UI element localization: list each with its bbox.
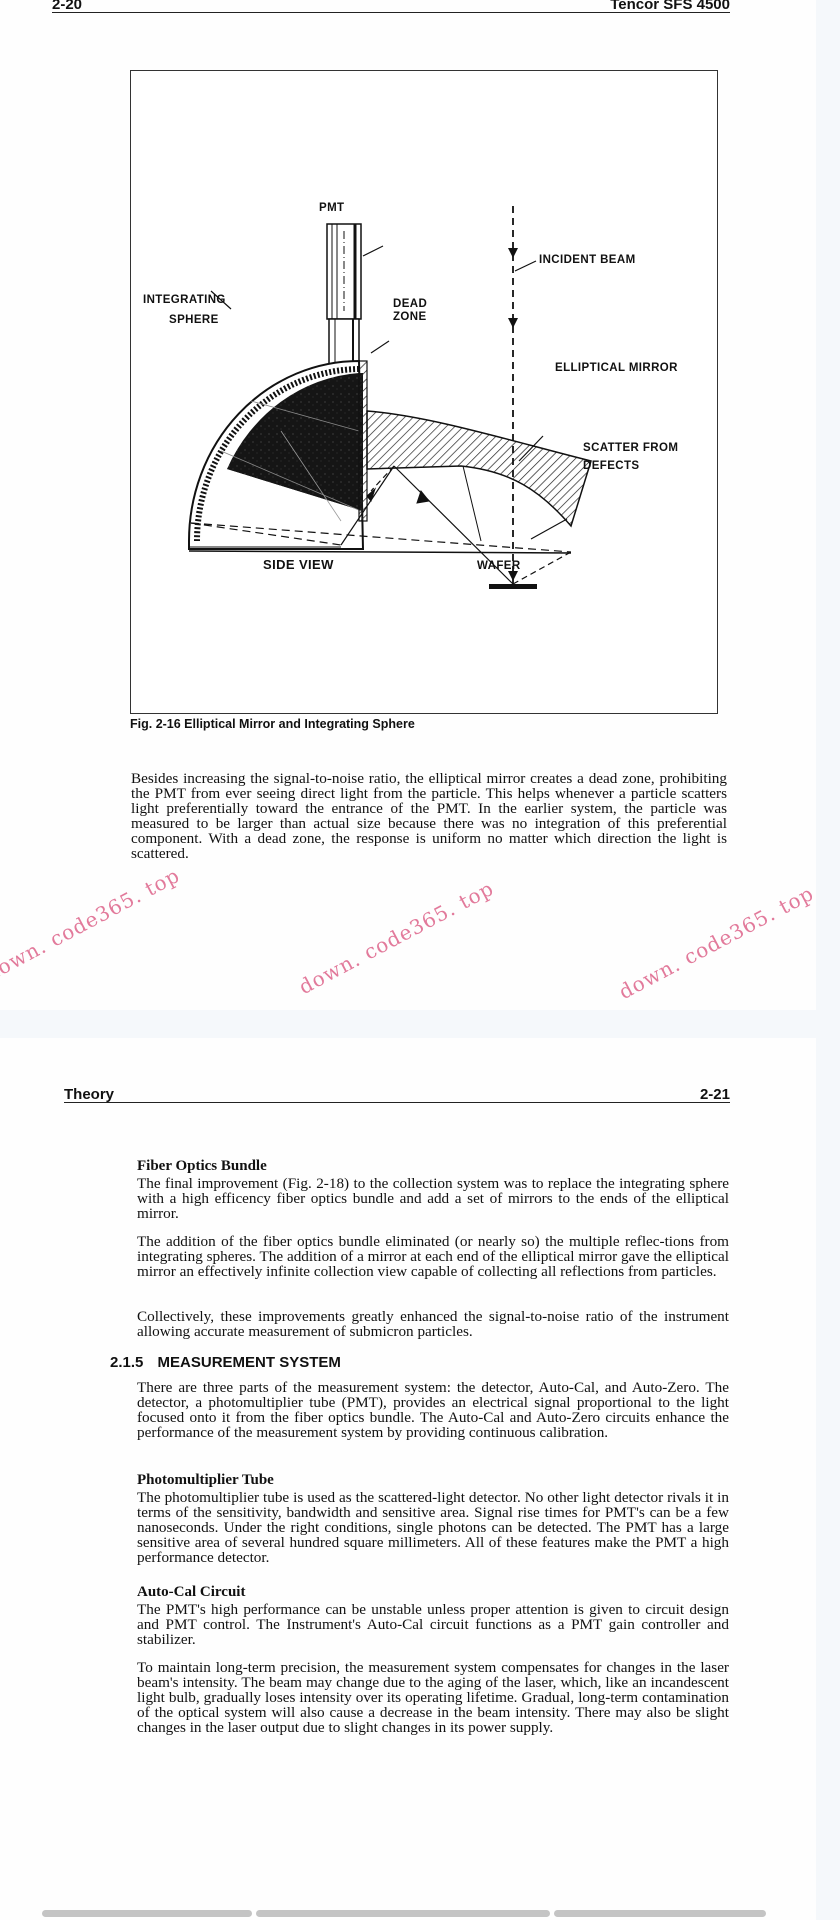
paragraph: The PMT's high performance can be unstab…: [137, 1602, 729, 1647]
heading-auto-cal: Auto-Cal Circuit: [137, 1584, 245, 1601]
scroll-segment[interactable]: [554, 1910, 766, 1917]
heading-photomultiplier: Photomultiplier Tube: [137, 1472, 274, 1489]
figure-caption: Fig. 2-16 Elliptical Mirror and Integrat…: [130, 717, 415, 731]
label-side-view: SIDE VIEW: [263, 557, 334, 573]
figure-elliptical-mirror: PMT INCIDENT BEAM INTEGRATING SPHERE DEA…: [130, 70, 718, 714]
paragraph: The final improvement (Fig. 2-18) to the…: [137, 1176, 729, 1221]
label-pmt: PMT: [319, 201, 344, 215]
scroll-segment[interactable]: [42, 1910, 252, 1917]
document-title: Tencor SFS 4500: [610, 0, 730, 12]
paragraph-measurement-intro: There are three parts of the measurement…: [137, 1380, 729, 1440]
label-wafer: WAFER: [477, 559, 521, 573]
incident-beam: [508, 206, 518, 584]
document-page-2-21: [0, 1038, 816, 1920]
paragraph: The addition of the fiber optics bundle …: [137, 1234, 729, 1279]
diagram-side-view: [131, 71, 717, 713]
wafer: [489, 584, 537, 589]
scroll-segment[interactable]: [256, 1910, 550, 1917]
label-scatter-2: DEFECTS: [583, 459, 639, 473]
pmt-tube: [327, 224, 361, 364]
section-heading: 2.1.5 MEASUREMENT SYSTEM: [110, 1354, 341, 1371]
page-header: 2-20 Tencor SFS 4500: [52, 0, 730, 13]
label-incident-beam: INCIDENT BEAM: [539, 253, 636, 267]
section-number: 2.1.5: [110, 1354, 143, 1371]
horizontal-scrollbar[interactable]: [42, 1910, 766, 1917]
label-dead-zone-2: ZONE: [393, 310, 427, 324]
heading-fiber-optics: Fiber Optics Bundle: [137, 1158, 267, 1175]
label-integrating-sphere-2: SPHERE: [169, 313, 219, 327]
paragraph-dead-zone: Besides increasing the signal-to-noise r…: [131, 771, 727, 861]
page-number: 2-20: [52, 0, 82, 12]
page-number: 2-21: [700, 1087, 730, 1102]
paragraph: To maintain long-term precision, the mea…: [137, 1660, 729, 1735]
elliptical-mirror: [367, 411, 591, 541]
integrating-sphere: [189, 361, 367, 549]
label-integrating-sphere-1: INTEGRATING: [143, 293, 226, 307]
section-title: Theory: [64, 1087, 114, 1102]
label-elliptical-mirror: ELLIPTICAL MIRROR: [555, 361, 678, 375]
label-scatter-1: SCATTER FROM: [583, 441, 678, 455]
page-header: Theory 2-21: [64, 1082, 730, 1103]
paragraph-photomultiplier: The photomultiplier tube is used as the …: [137, 1490, 729, 1565]
paragraph: Collectively, these improvements greatly…: [137, 1309, 729, 1339]
section-title: MEASUREMENT SYSTEM: [158, 1354, 341, 1371]
